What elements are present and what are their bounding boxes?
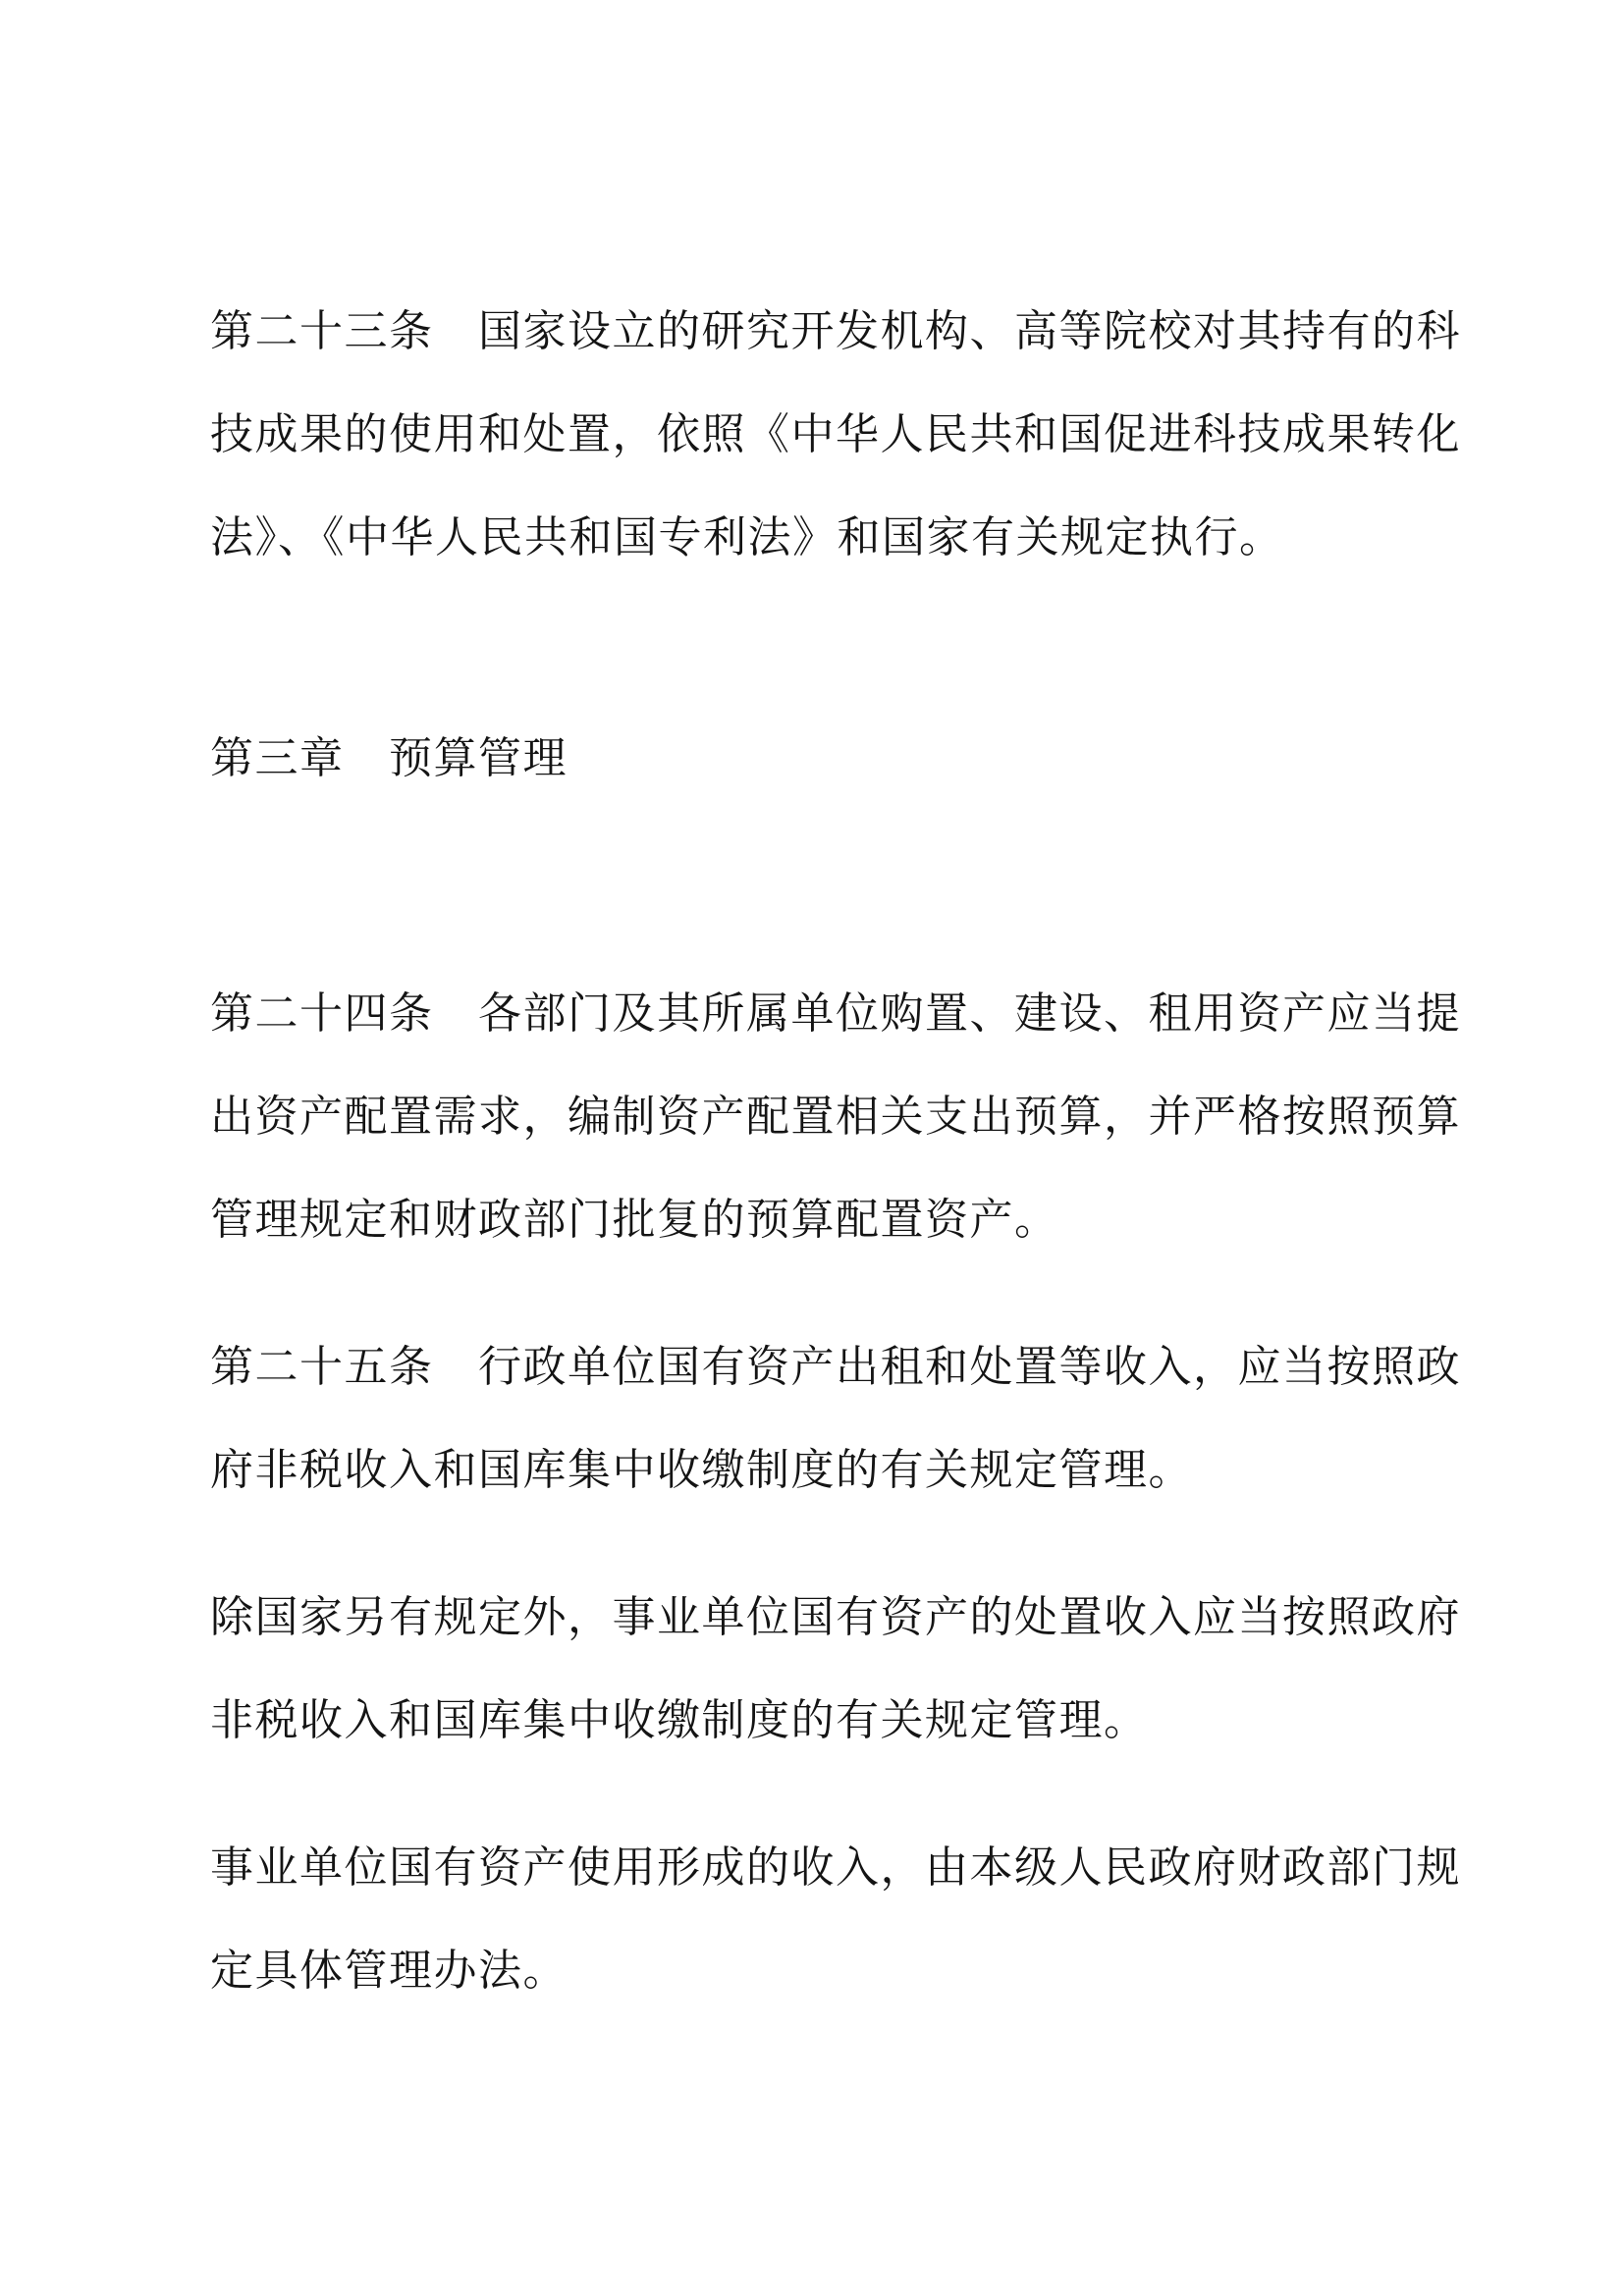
- paragraph-article-23: 第二十三条 国家设立的研究开发机构、高等院校对其持有的科技成果的使用和处置，依照…: [210, 280, 1461, 589]
- paragraph-article-24: 第二十四条 各部门及其所属单位购置、建设、租用资产应当提出资产配置需求，编制资产…: [210, 962, 1461, 1271]
- chapter-heading: 第三章 预算管理: [210, 707, 1461, 810]
- document-page: 第二十三条 国家设立的研究开发机构、高等院校对其持有的科技成果的使用和处置，依照…: [0, 0, 1624, 2296]
- paragraph-article-25-continuation-2: 事业单位国有资产使用形成的收入，由本级人民政府财政部门规定具体管理办法。: [210, 1816, 1461, 2022]
- paragraph-article-25-continuation-1: 除国家另有规定外，事业单位国有资产的处置收入应当按照政府非税收入和国库集中收缴制…: [210, 1566, 1461, 1772]
- paragraph-article-25: 第二十五条 行政单位国有资产出租和处置等收入，应当按照政府非税收入和国库集中收缴…: [210, 1315, 1461, 1522]
